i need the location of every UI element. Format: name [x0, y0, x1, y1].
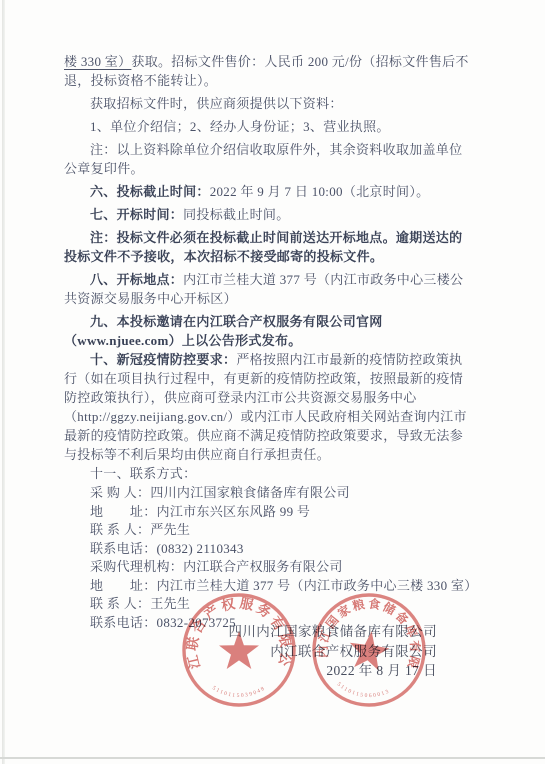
contact-value: 内江联合产权服务有限公司 [183, 559, 343, 574]
scan-edge-bottom [0, 757, 545, 759]
contact-label: 地 址： [90, 504, 157, 519]
section-6-text: 2022 年 9 月 7 日 10:00（北京时间）。 [210, 184, 430, 199]
section-8-label: 八、开标地点： [90, 272, 183, 287]
contact-row-buyer-address: 地 址：内江市东兴区东风路 99 号 [64, 503, 472, 522]
section-6-bid-deadline: 六、投标截止时间：2022 年 9 月 7 日 10:00（北京时间）。 [64, 182, 472, 201]
underlined-room-ref: 楼 330 室） [64, 54, 131, 69]
paragraph-materials-list: 1、单位介绍信；2、经办人身份证；3、营业执照。 [64, 117, 472, 136]
contact-value: 王先生 [150, 596, 190, 611]
signature-date: 2022 年 8 月 17 日 [229, 661, 438, 681]
contact-row-agency-person: 联 系 人：王先生 [64, 595, 472, 614]
section-9-announcement: 九、本投标邀请在内江联合产权服务有限公司官网（www.njuee.com）上以公… [64, 312, 472, 350]
section-10-text: 严格按照内江市最新的疫情防控政策执行（如在项目执行过程中，有更新的疫情防控政策，… [64, 352, 467, 462]
section-7-text: 同投标截止时间。 [183, 207, 289, 222]
contact-row-agency-address: 地 址：内江市兰桂大道 377 号（内江市政务中心三楼 330 室） [64, 577, 472, 596]
contact-label: 联 系 人： [90, 596, 150, 611]
contact-value: 严先生 [150, 522, 190, 537]
contact-label: 联 系 人： [90, 522, 150, 537]
contact-value: 内江市兰桂大道 377 号（内江市政务中心三楼 330 室） [157, 578, 478, 593]
contact-value: 四川内江国家粮食储备库有限公司 [150, 485, 350, 500]
contact-row-buyer-phone: 联系电话：(0832) 2110343 [64, 540, 472, 559]
section-10-covid-policy: 十、新冠疫情防控要求：严格按照内江市最新的疫情防控政策执行（如在项目执行过程中，… [64, 350, 472, 464]
signature-buyer-name: 四川内江国家粮食储备库有限公司 [229, 622, 438, 642]
section-10-label: 十、新冠疫情防控要求： [90, 352, 236, 367]
scan-edge-left [2, 0, 5, 764]
paragraph-doc-price: 楼 330 室）获取。招标文件售价：人民币 200 元/份（招标文件售后不退，投… [64, 52, 472, 90]
contact-row-agency: 采购代理机构：内江联合产权服务有限公司 [64, 558, 472, 577]
section-6-label: 六、投标截止时间： [90, 184, 210, 199]
contact-list: 采 购 人：四川内江国家粮食储备库有限公司 地 址：内江市东兴区东风路 99 号… [64, 484, 472, 632]
contact-label: 联系电话： [90, 615, 157, 630]
signature-block: 四川内江国家粮食储备库有限公司 内江联合产权服务有限公司 2022 年 8 月 … [229, 622, 438, 681]
contact-row-buyer: 采 购 人：四川内江国家粮食储备库有限公司 [64, 484, 472, 503]
seal-number-text: 5110115039048 [211, 685, 267, 699]
section-7-label: 七、开标时间： [90, 207, 183, 222]
contact-value: 内江市东兴区东风路 99 号 [157, 504, 311, 519]
svg-text:5110115060013: 5110115060013 [335, 681, 392, 702]
paragraph-materials-note: 注：以上资料除单位介绍信收取原件外，其余资料收取加盖单位公章复印件。 [64, 140, 472, 178]
section-8-opening-place: 八、开标地点：内江市兰桂大道 377 号（内江市政务中心三楼公共资源交易服务中心… [64, 270, 472, 308]
seal-number-text: 5110115060013 [335, 681, 392, 702]
contact-label: 联系电话： [90, 541, 157, 556]
contact-label: 采购代理机构： [90, 559, 183, 574]
contact-value: (0832) 2110343 [157, 541, 244, 556]
contact-label: 地 址： [90, 578, 157, 593]
contact-row-buyer-person: 联 系 人：严先生 [64, 521, 472, 540]
signature-agency-name: 内江联合产权服务有限公司 [229, 642, 438, 662]
svg-text:5110115039048: 5110115039048 [211, 685, 267, 699]
section-11-contact-heading: 十一、联系方式： [64, 464, 472, 483]
document-body: 楼 330 室）获取。招标文件售价：人民币 200 元/份（招标文件售后不退，投… [64, 0, 472, 632]
contact-label: 采 购 人： [90, 485, 150, 500]
paragraph-delivery-note: 注：投标文件必须在投标截止时间前送达开标地点。逾期送达的投标文件不予接收，本次招… [64, 228, 472, 266]
section-7-opening-time: 七、开标时间：同投标截止时间。 [64, 205, 472, 224]
paragraph-materials-intro: 获取招标文件时，供应商须提供以下资料： [64, 94, 472, 113]
contact-value: 0832-2073725 [157, 615, 236, 630]
